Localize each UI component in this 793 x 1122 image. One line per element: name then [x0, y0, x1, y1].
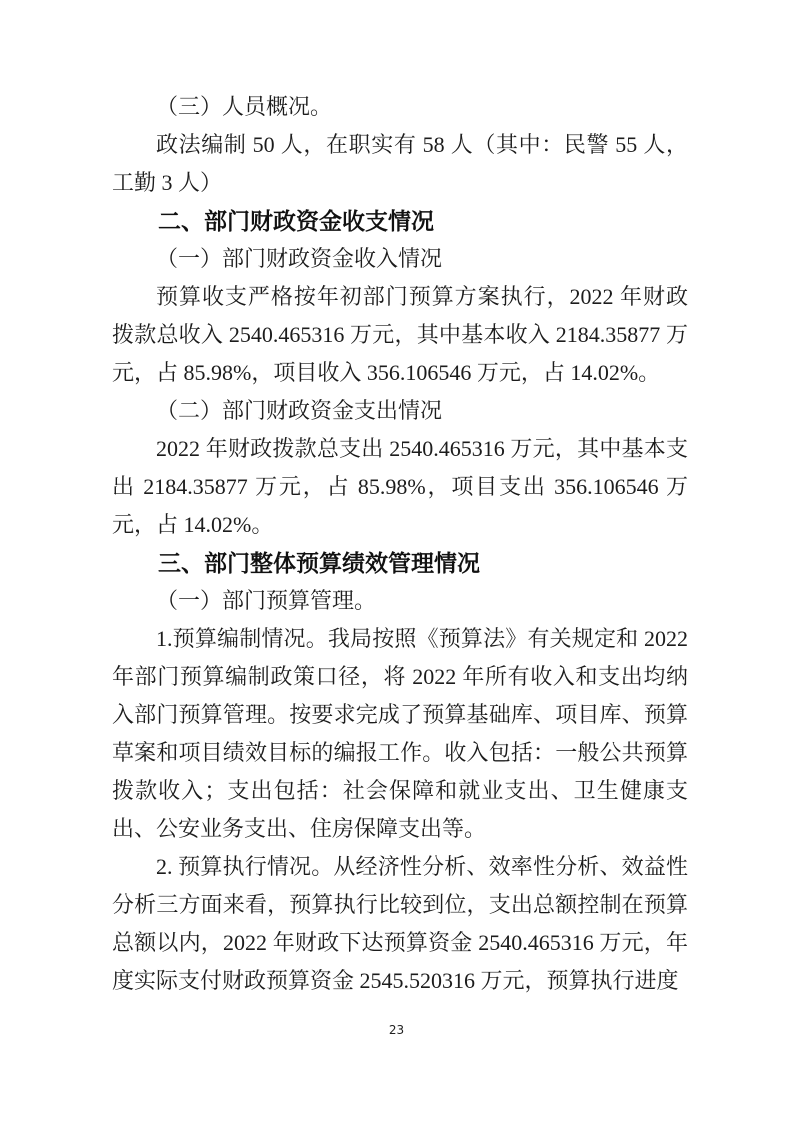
body-paragraph: 政法编制 50 人，在职实有 58 人（其中：民警 55 人，工勤 3 人） — [112, 126, 688, 202]
section-heading: 二、部门财政资金收支情况 — [112, 202, 688, 240]
body-paragraph: （三）人员概况。 — [112, 88, 688, 126]
body-paragraph: （一）部门预算管理。 — [112, 582, 688, 620]
body-paragraph: 2022 年财政拨款总支出 2540.465316 万元，其中基本支出 2184… — [112, 430, 688, 544]
body-paragraph: 1.预算编制情况。我局按照《预算法》有关规定和 2022 年部门预算编制政策口径… — [112, 620, 688, 848]
document-page: （三）人员概况。政法编制 50 人，在职实有 58 人（其中：民警 55 人，工… — [0, 0, 793, 1122]
body-paragraph: （二）部门财政资金支出情况 — [112, 392, 688, 430]
page-number: 23 — [0, 1022, 793, 1038]
body-paragraph: 预算收支严格按年初部门预算方案执行，2022 年财政拨款总收入 2540.465… — [112, 278, 688, 392]
body-paragraph: 2. 预算执行情况。从经济性分析、效率性分析、效益性分析三方面来看，预算执行比较… — [112, 848, 688, 1000]
body-paragraph: （一）部门财政资金收入情况 — [112, 240, 688, 278]
document-body: （三）人员概况。政法编制 50 人，在职实有 58 人（其中：民警 55 人，工… — [112, 88, 688, 1000]
section-heading: 三、部门整体预算绩效管理情况 — [112, 544, 688, 582]
